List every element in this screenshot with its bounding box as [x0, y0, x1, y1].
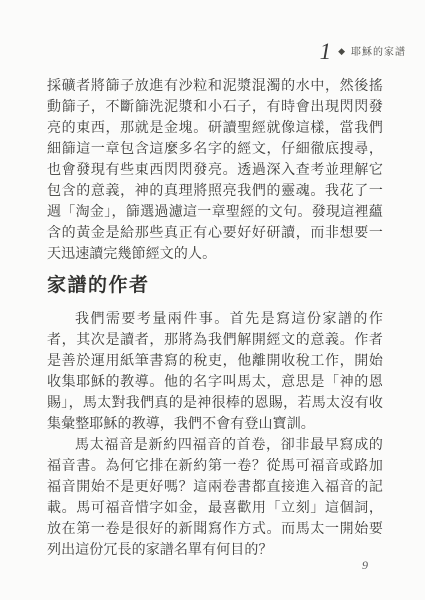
- paragraph-author-1: 我們需要考量兩件事。首先是寫這份家譜的作者，其次是讀者，那將為我們解開經文的意義…: [47, 309, 383, 435]
- section-heading: 家譜的作者: [47, 275, 383, 298]
- text-block: 採礦者將篩子放進有沙粒和泥漿混濁的水中，然後搖動篩子，不斷篩洗泥漿和小石子，有時…: [47, 76, 383, 561]
- chapter-number: 1: [320, 40, 332, 63]
- running-header: 1 ◆ 耶穌的家譜: [320, 40, 406, 63]
- page-number: 9: [362, 558, 368, 573]
- diamond-icon: ◆: [338, 47, 345, 56]
- chapter-title: 耶穌的家譜: [351, 46, 406, 58]
- paragraph-continuation: 採礦者將篩子放進有沙粒和泥漿混濁的水中，然後搖動篩子，不斷篩洗泥漿和小石子，有時…: [47, 76, 383, 265]
- book-page: 1 ◆ 耶穌的家譜 採礦者將篩子放進有沙粒和泥漿混濁的水中，然後搖動篩子，不斷篩…: [0, 0, 425, 600]
- paragraph-author-2: 馬太福音是新約四福音的首卷，卻非最早寫成的福音書。為何它排在新約第一卷？從馬可福…: [47, 435, 383, 561]
